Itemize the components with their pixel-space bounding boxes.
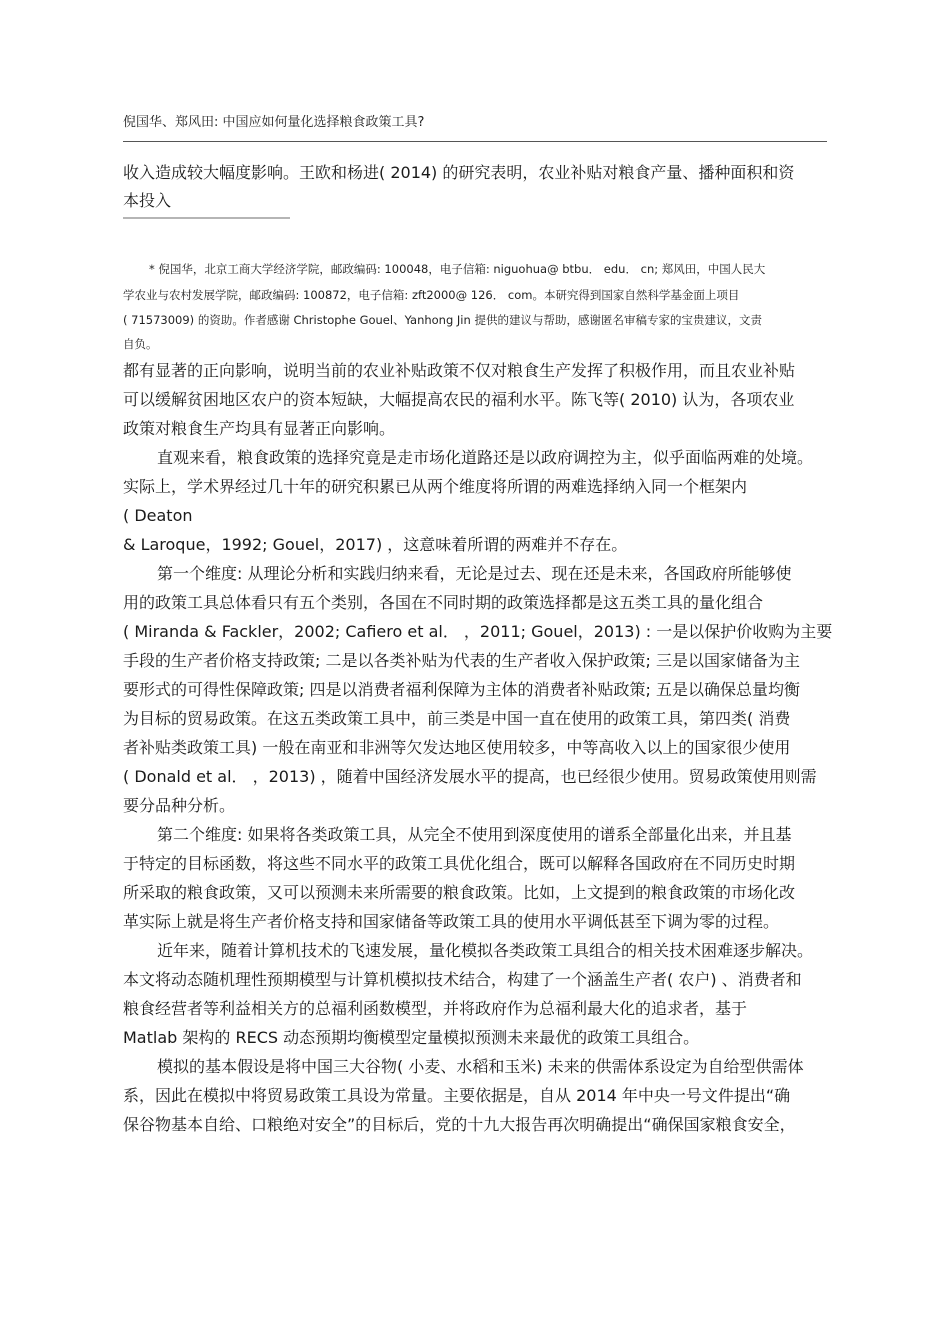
body-line: 者补贴类政策工具) 一般在南亚和非洲等欠发达地区使用较多，中等高收入以上的国家很… [123, 734, 790, 762]
body-line: 用的政策工具总体看只有五个类别，各国在不同时期的政策选择都是这五类工具的量化组合 [123, 589, 763, 617]
body-line: 要形式的可得性保障政策; 四是以消费者福利保障为主体的消费者补贴政策; 五是以确… [123, 676, 800, 704]
body-line: 实际上，学术界经过几十年的研究积累已从两个维度将所谓的两难选择纳入同一个框架内 [123, 473, 747, 501]
body-line: 为目标的贸易政策。在这五类政策工具中，前三类是中国一直在使用的政策工具，第四类(… [123, 705, 790, 733]
body-line: 要分品种分析。 [123, 792, 235, 820]
running-head: 倪国华、郑风田: 中国应如何量化选择粮食政策工具? [123, 114, 424, 132]
body-line: 粮食经营者等利益相关方的总福利函数模型，并将政府作为总福利最大化的追求者，基于 [123, 995, 747, 1023]
footnote-rule [123, 217, 290, 219]
body-line: 直观来看，粮食政策的选择究竟是走市场化道路还是以政府调控为主，似乎面临两难的处境… [157, 444, 813, 472]
body-line: 于特定的目标函数，将这些不同水平的政策工具优化组合，既可以解释各国政府在不同历史… [123, 850, 795, 878]
footnote-line: 自负。 [123, 331, 158, 357]
body-line: ( Miranda & Fackler，2002; Cafiero et al．… [123, 618, 832, 646]
body-line: 近年来，随着计算机技术的飞速发展，量化模拟各类政策工具组合的相关技术困难逐步解决… [157, 937, 813, 965]
body-line: 第二个维度: 如果将各类政策工具，从完全不使用到深度使用的谱系全部量化出来，并且… [157, 821, 791, 849]
body-line: 所采取的粮食政策，又可以预测未来所需要的粮食政策。比如，上文提到的粮食政策的市场… [123, 879, 795, 907]
body-line: 可以缓解贫困地区农户的资本短缺，大幅提高农民的福利水平。陈飞等( 2010) 认… [123, 386, 794, 414]
body-line: 都有显著的正向影响，说明当前的农业补贴政策不仅对粮食生产发挥了积极作用，而且农业… [123, 357, 795, 385]
body-line: ( Deaton [123, 502, 193, 530]
body-line: 第一个维度: 从理论分析和实践归纳来看，无论是过去、现在还是未来，各国政府所能够… [157, 560, 791, 588]
body-line: 收入造成较大幅度影响。王欧和杨进( 2014) 的研究表明，农业补贴对粮食产量、… [123, 159, 794, 187]
footnote-line: 学农业与农村发展学院，邮政编码: 100872，电子信箱: zft2000@ 1… [123, 282, 739, 308]
body-line: 模拟的基本假设是将中国三大谷物( 小麦、水稻和玉米) 未来的供需体系设定为自给型… [157, 1053, 804, 1081]
body-line: Matlab 架构的 RECS 动态预期均衡模型定量模拟预测未来最优的政策工具组… [123, 1024, 699, 1052]
header-rule [123, 141, 827, 142]
body-line: ( Donald et al． ，2013) ，随着中国经济发展水平的提高，也已… [123, 763, 817, 791]
body-line: 政策对粮食生产均具有显著正向影响。 [123, 415, 395, 443]
body-line: 本投入 [123, 187, 171, 215]
body-line: 系，因此在模拟中将贸易政策工具设为常量。主要依据是，自从 2014 年中央一号文… [123, 1082, 790, 1110]
body-line: 保谷物基本自给、口粮绝对安全”的目标后，党的十九大报告再次明确提出“确保国家粮食… [123, 1111, 796, 1139]
footnote-line: ( 71573009) 的资助。作者感谢 Christophe Gouel、Ya… [123, 307, 762, 333]
footnote-line: * 倪国华，北京工商大学经济学院，邮政编码: 100048，电子信箱: nigu… [149, 256, 765, 282]
body-line: 革实际上就是将生产者价格支持和国家储备等政策工具的使用水平调低甚至下调为零的过程… [123, 908, 779, 936]
body-line: 本文将动态随机理性预期模型与计算机模拟技术结合，构建了一个涵盖生产者( 农户) … [123, 966, 802, 994]
body-line: 手段的生产者价格支持政策; 二是以各类补贴为代表的生产者收入保护政策; 三是以国… [123, 647, 800, 675]
body-line: & Laroque，1992; Gouel，2017) ，这意味着所谓的两难并不… [123, 531, 627, 559]
